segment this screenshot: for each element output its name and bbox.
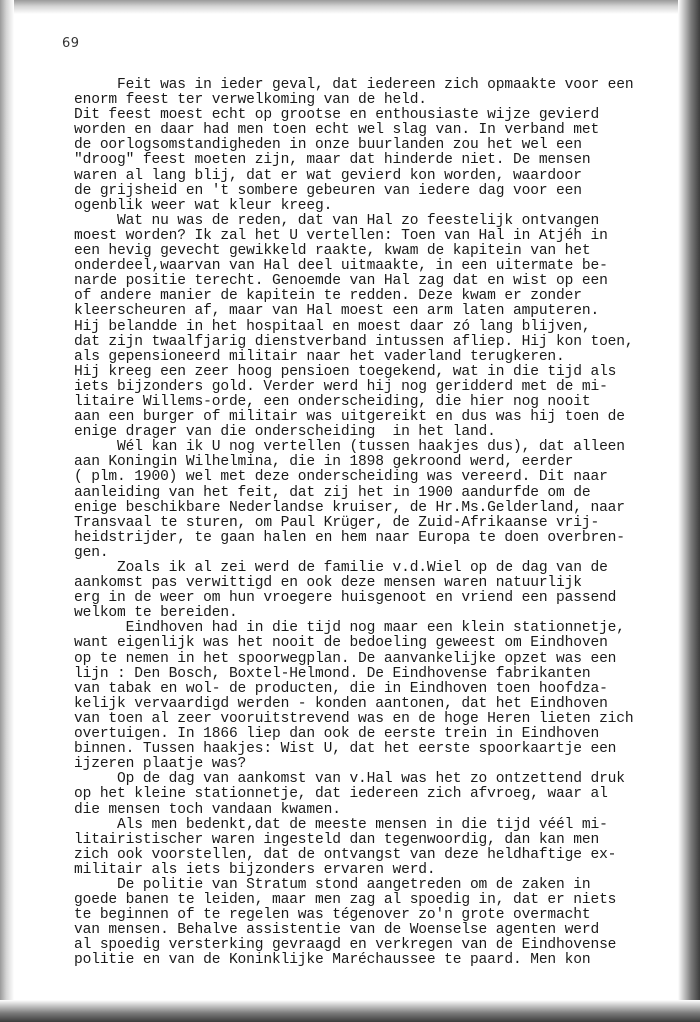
text-line: overtuigen. In 1866 liep dan ook de eers… — [74, 727, 684, 742]
text-line: Feit was in ieder geval, dat iedereen zi… — [74, 78, 684, 93]
text-line: welkom te bereiden. — [74, 606, 684, 621]
text-line: op te nemen in het spoorwegplan. De aanv… — [74, 652, 684, 667]
text-line: te beginnen of te regelen was tégenover … — [74, 908, 684, 923]
text-line: ogenblik weer wat kleur kreeg. — [74, 199, 684, 214]
text-line: zich ook voorstellen, dat de ontvangst v… — [74, 848, 684, 863]
text-line: van tabak en wol- de producten, die in E… — [74, 682, 684, 697]
text-line: al spoedig versterking gevraagd en verkr… — [74, 938, 684, 953]
typewritten-page: 69 Feit was in ieder geval, dat iedereen… — [14, 14, 678, 1000]
text-line: erg in de weer om hun vroegere huisgenoo… — [74, 591, 684, 606]
document-frame: 69 Feit was in ieder geval, dat iedereen… — [0, 0, 700, 1022]
text-line: narde positie terecht. Genoemde van Hal … — [74, 274, 684, 289]
text-line: gen. — [74, 546, 684, 561]
text-line: op het kleine stationnetje, dat iedereen… — [74, 787, 684, 802]
text-line: aan Koningin Wilhelmina, die in 1898 gek… — [74, 455, 684, 470]
text-line: goede banen te leiden, maar men zag al s… — [74, 893, 684, 908]
text-line: want eigenlijk was het nooit de bedoelin… — [74, 636, 684, 651]
text-line: moest worden? Ik zal het U vertellen: To… — [74, 229, 684, 244]
text-line: Zoals ik al zei werd de familie v.d.Wiel… — [74, 561, 684, 576]
text-line: litairistischer waren ingesteld dan tege… — [74, 833, 684, 848]
text-line: militair als iets bijzonders ervaren wer… — [74, 863, 684, 878]
body-text: Feit was in ieder geval, dat iedereen zi… — [74, 78, 684, 969]
text-line: aan een burger of militair was uitgereik… — [74, 410, 684, 425]
text-line: Transvaal te sturen, om Paul Krüger, de … — [74, 516, 684, 531]
page-number: 69 — [62, 36, 80, 51]
text-line: aanleiding van het feit, dat zij het in … — [74, 486, 684, 501]
text-line: kleerscheuren af, maar van Hal moest een… — [74, 304, 684, 319]
text-line: onderdeel,waarvan van Hal deel uitmaakte… — [74, 259, 684, 274]
text-line: worden en daar had men toen echt wel sla… — [74, 123, 684, 138]
text-line: heidstrijder, te gaan halen en hem naar … — [74, 531, 684, 546]
text-line: de grijsheid en 't sombere gebeuren van … — [74, 184, 684, 199]
text-line: Hij kreeg een zeer hoog pensioen toegeke… — [74, 365, 684, 380]
text-line: de oorlogsomstandigheden in onze buurlan… — [74, 138, 684, 153]
text-line: enorm feest ter verwelkoming van de held… — [74, 93, 684, 108]
text-line: litaire Willems-orde, een onderscheiding… — [74, 395, 684, 410]
text-line: De politie van Stratum stond aangetreden… — [74, 878, 684, 893]
text-line: Wél kan ik U nog vertellen (tussen haakj… — [74, 440, 684, 455]
text-line: enige beschikbare Nederlandse kruiser, d… — [74, 501, 684, 516]
text-line: aankomst pas verwittigd en ook deze mens… — [74, 576, 684, 591]
text-line: een hevig gevecht gewikkeld raakte, kwam… — [74, 244, 684, 259]
text-line: ( plm. 1900) wel met deze onderscheiding… — [74, 470, 684, 485]
frame-edge-bottom — [0, 1000, 700, 1022]
text-line: iets bijzonders gold. Verder werd hij no… — [74, 380, 684, 395]
text-line: binnen. Tussen haakjes: Wist U, dat het … — [74, 742, 684, 757]
text-line: "droog" feest moeten zijn, maar dat hind… — [74, 153, 684, 168]
text-line: kelijk vervaardigd werden - konden aanto… — [74, 697, 684, 712]
text-line: politie en van de Koninklijke Maréchauss… — [74, 953, 684, 968]
text-line: of andere manier de kapitein te redden. … — [74, 289, 684, 304]
frame-edge-left — [0, 0, 14, 1022]
text-line: enige drager van die onderscheiding in h… — [74, 425, 684, 440]
text-line: van mensen. Behalve assistentie van de W… — [74, 923, 684, 938]
text-line: waren al lang blij, dat er wat gevierd k… — [74, 169, 684, 184]
text-line: die mensen toch vandaan kwamen. — [74, 803, 684, 818]
frame-edge-top — [0, 0, 700, 14]
text-line: dat zijn twaalfjarig dienstverband intus… — [74, 335, 684, 350]
text-line: van toen al zeer vooruitstrevend was en … — [74, 712, 684, 727]
text-line: Dit feest moest echt op grootse en entho… — [74, 108, 684, 123]
text-line: Hij belandde in het hospitaal en moest d… — [74, 320, 684, 335]
text-line: als gepensioneerd militair naar het vade… — [74, 350, 684, 365]
text-line: lijn : Den Bosch, Boxtel-Helmond. De Ein… — [74, 667, 684, 682]
text-line: ijzeren plaatje was? — [74, 757, 684, 772]
text-line: Als men bedenkt,dat de meeste mensen in … — [74, 818, 684, 833]
text-line: Wat nu was de reden, dat van Hal zo fees… — [74, 214, 684, 229]
text-line: Eindhoven had in die tijd nog maar een k… — [74, 621, 684, 636]
text-line: Op de dag van aankomst van v.Hal was het… — [74, 772, 684, 787]
